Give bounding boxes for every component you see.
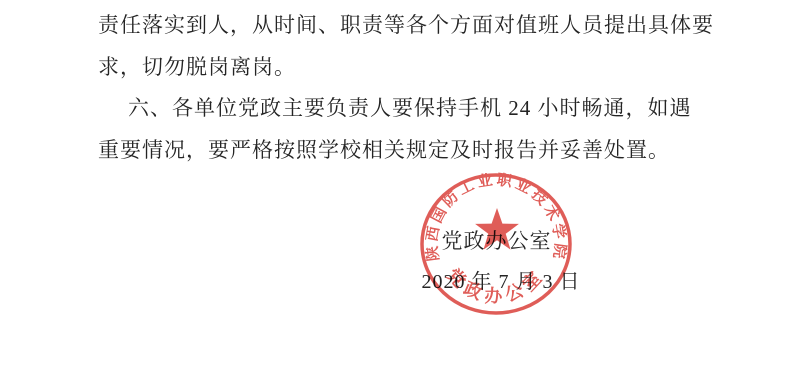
star-icon [475,208,519,250]
body-text-line-2: 求，切勿脱岗离岗。 [98,55,296,79]
seal-bottom-text: 党政办公室 [443,264,549,307]
official-seal: 陕西国防工业职业技术学院 党政办公室 [416,168,577,320]
body-text-line-4: 重要情况，要严格按照学校相关规定及时报告并妥善处置。 [98,138,670,162]
document-page: 责任落实到人，从时间、职责等各个方面对值班人员提出具体要 求，切勿脱岗离岗。 六… [0,0,791,374]
body-text-line-3: 六、各单位党政主要负责人要保持手机 24 小时畅通，如遇 [128,96,692,120]
body-text-line-1: 责任落实到人，从时间、职责等各个方面对值班人员提出具体要 [98,13,714,37]
